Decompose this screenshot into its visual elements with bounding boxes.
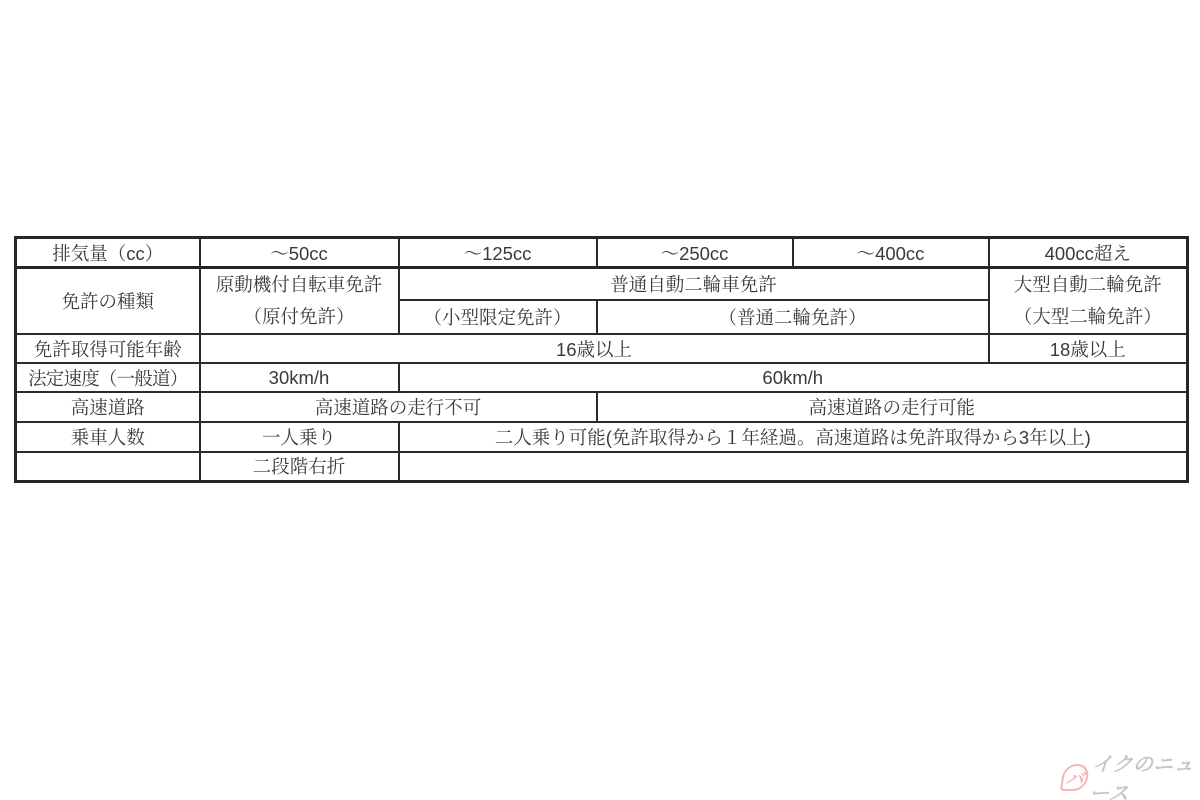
table-row: 排気量（cc） ～50cc ～125cc ～250cc ～400cc 400cc… <box>16 238 1188 268</box>
bike-news-watermark: バ イクのニュース <box>1062 757 1200 797</box>
cell-displacement-label: 排気量（cc） <box>16 238 200 268</box>
cell-speed-moped: 30km/h <box>200 363 399 392</box>
cell-displacement-125cc: ～125cc <box>399 238 597 268</box>
cell-displacement-50cc: ～50cc <box>200 238 399 268</box>
cell-license-large: 大型自動二輪免許 （大型二輪免許） <box>989 268 1188 335</box>
cell-extra-moped: 二段階右折 <box>200 452 399 481</box>
large-license-line2: （大型二輪免許） <box>990 301 1187 333</box>
cell-highway-allowed: 高速道路の走行可能 <box>597 392 1188 422</box>
cell-license-label: 免許の種類 <box>16 268 200 335</box>
table-row: 免許取得可能年齢 16歳以上 18歳以上 <box>16 334 1188 363</box>
license-table-container: 排気量（cc） ～50cc ～125cc ～250cc ～400cc 400cc… <box>14 236 1189 483</box>
table-row: 乗車人数 一人乗り 二人乗り可能(免許取得から１年経過。高速道路は免許取得から3… <box>16 422 1188 452</box>
page-root: 排気量（cc） ～50cc ～125cc ～250cc ～400cc 400cc… <box>0 0 1200 800</box>
cell-license-standard-sub: （普通二輪免許） <box>597 300 989 334</box>
cell-license-moped: 原動機付自転車免許 （原付免許） <box>200 268 399 335</box>
cell-age-large: 18歳以上 <box>989 334 1188 363</box>
cell-displacement-250cc: ～250cc <box>597 238 793 268</box>
table-row: 法定速度（一般道） 30km/h 60km/h <box>16 363 1188 392</box>
cell-displacement-over400: 400cc超え <box>989 238 1188 268</box>
table-row: 高速道路 高速道路の走行不可 高速道路の走行可能 <box>16 392 1188 422</box>
moped-license-line1: 原動機付自転車免許 <box>201 269 398 301</box>
cell-license-small-limited: （小型限定免許） <box>399 300 597 334</box>
cell-license-standard: 普通自動二輪車免許 <box>399 268 989 301</box>
table-row: 二段階右折 <box>16 452 1188 481</box>
cell-highway-label: 高速道路 <box>16 392 200 422</box>
cell-age-label: 免許取得可能年齢 <box>16 334 200 363</box>
cell-displacement-400cc: ～400cc <box>793 238 989 268</box>
cell-speed-label: 法定速度（一般道） <box>16 363 200 392</box>
bike-news-logo-icon: バ <box>1060 764 1091 791</box>
license-table: 排気量（cc） ～50cc ～125cc ～250cc ～400cc 400cc… <box>14 236 1189 483</box>
cell-age-standard: 16歳以上 <box>200 334 989 363</box>
large-license-line1: 大型自動二輪免許 <box>990 269 1187 301</box>
cell-speed-others: 60km/h <box>399 363 1188 392</box>
cell-passengers-moped: 一人乗り <box>200 422 399 452</box>
cell-extra-others <box>399 452 1188 481</box>
cell-passengers-label: 乗車人数 <box>16 422 200 452</box>
moped-license-line2: （原付免許） <box>201 301 398 333</box>
cell-passengers-others: 二人乗り可能(免許取得から１年経過。高速道路は免許取得から3年以上) <box>399 422 1188 452</box>
cell-extra-label <box>16 452 200 481</box>
bike-news-logo-text: イクのニュース <box>1088 748 1200 800</box>
cell-highway-banned: 高速道路の走行不可 <box>200 392 597 422</box>
table-row: 免許の種類 原動機付自転車免許 （原付免許） 普通自動二輪車免許 大型自動二輪免… <box>16 268 1188 301</box>
